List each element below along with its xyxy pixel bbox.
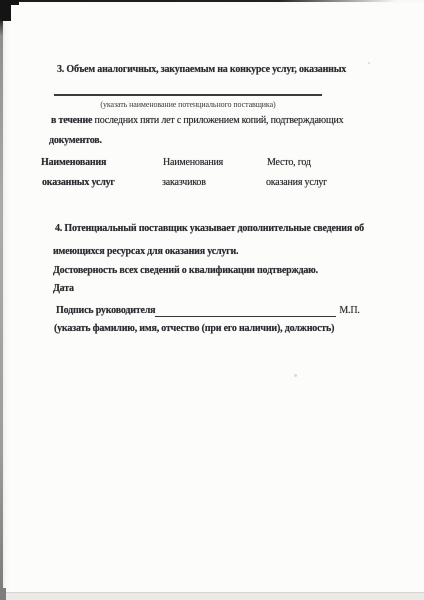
supplier-name-blank-line xyxy=(54,94,322,96)
signature-row: Подпись руководителя М.П. xyxy=(56,305,360,317)
confirmation-statement: Достоверность всех сведений о квалификац… xyxy=(53,265,318,277)
supplier-name-blank-caption: (указать наименование потенциального пос… xyxy=(54,99,322,111)
section3-continuation-emphasis: в течение xyxy=(51,115,92,126)
scan-artifact-top-edge xyxy=(0,0,396,2)
scan-speck xyxy=(368,62,370,64)
scan-artifact-bottom-corner xyxy=(0,588,6,600)
section3-continuation-end: документов. xyxy=(49,135,102,147)
table-col-place-year-header-line1: Место, год xyxy=(267,157,311,169)
section4-line1: 4. Потенциальный поставщик указывает доп… xyxy=(55,223,364,235)
section3-heading: 3. Объем аналогичных, закупаемым на конк… xyxy=(57,64,346,76)
table-col-place-year-header-line2: оказания услуг xyxy=(266,177,327,189)
table-col-customers-header-line2: заказчиков xyxy=(162,177,206,189)
signature-footnote: (указать фамилию, имя, отчество (при его… xyxy=(54,323,334,335)
table-col-services-header-line1: Наименования xyxy=(41,157,106,169)
signature-label: Подпись руководителя xyxy=(56,305,155,317)
signature-blank-line xyxy=(155,305,336,317)
section4-line2: имеющихся ресурсах для оказания услуги. xyxy=(53,246,238,258)
section3-continuation: в течение последних пяти лет с приложени… xyxy=(51,115,343,127)
date-label: Дата xyxy=(53,283,74,295)
section3-continuation-text: последних пяти лет с приложением копий, … xyxy=(92,115,343,126)
table-col-customers-header-line1: Наименования xyxy=(163,157,223,169)
table-col-services-header-line2: оказанных услуг xyxy=(42,177,115,189)
scan-speck xyxy=(294,374,297,377)
scan-artifact-corner xyxy=(0,0,11,21)
scanned-document-page: 3. Объем аналогичных, закупаемым на конк… xyxy=(0,0,424,600)
stamp-abbreviation: М.П. xyxy=(339,305,359,317)
scan-artifact-left-edge xyxy=(0,0,3,600)
scan-artifact-bottom-edge xyxy=(0,592,424,600)
